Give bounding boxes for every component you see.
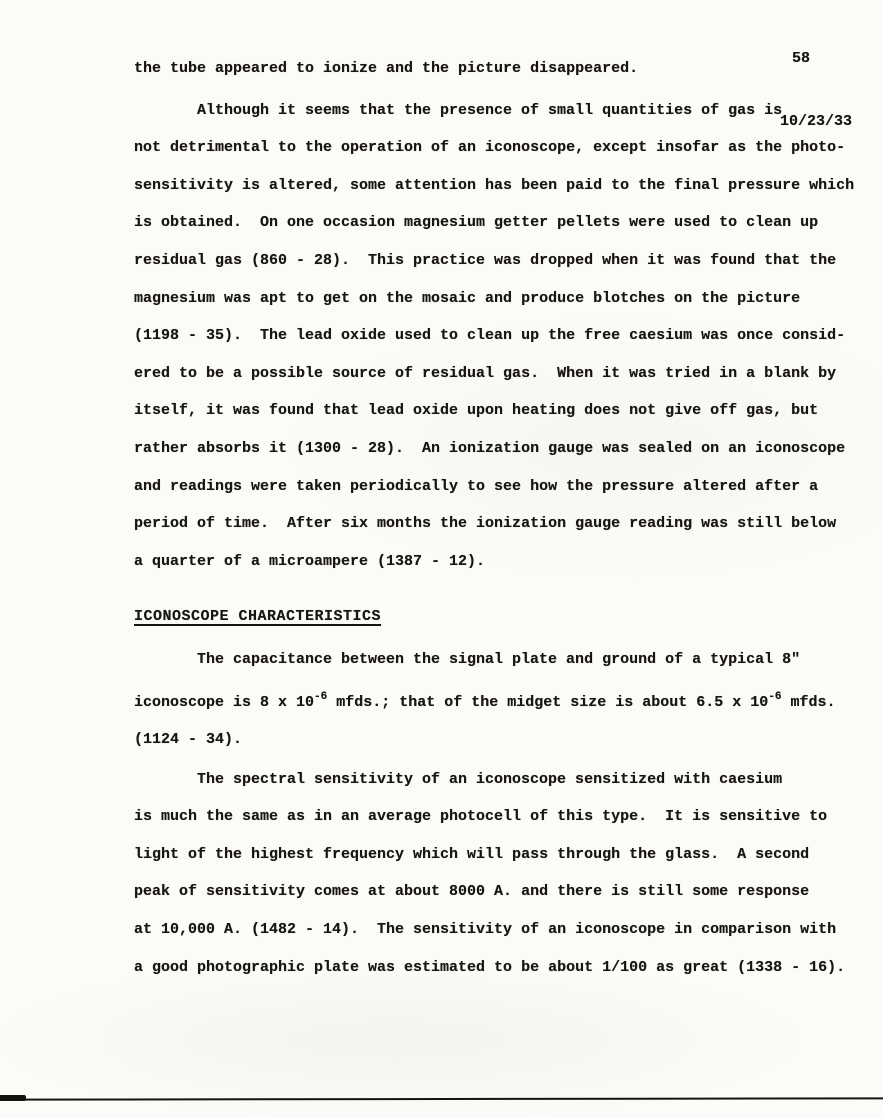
text-line: a good photographic plate was estimated … [134, 949, 880, 987]
text-line: residual gas (860 - 28). This practice w… [134, 242, 880, 280]
exponent: -6 [768, 691, 781, 703]
document-body: the tube appeared to ionize and the pict… [134, 50, 880, 986]
paragraph-capacitance: The capacitance between the signal plate… [134, 641, 880, 759]
scanned-document-page: 58 10/23/33 the tube appeared to ionize … [0, 0, 883, 1118]
text-line: Although it seems that the presence of s… [134, 92, 880, 130]
text-line: magnesium was apt to get on the mosaic a… [134, 280, 880, 318]
text-line: sensitivity is altered, some attention h… [134, 167, 880, 205]
section-heading-iconoscope-characteristics: ICONOSCOPE CHARACTERISTICS [134, 598, 880, 636]
text-line: at 10,000 A. (1482 - 14). The sensitivit… [134, 911, 880, 949]
text-line-with-exponents: iconoscope is 8 x 10-6 mfds.; that of th… [134, 679, 880, 722]
scan-artifact-horizontal-line [0, 1097, 883, 1100]
text-segment: iconoscope is 8 x 10 [134, 694, 314, 711]
text-line: peak of sensitivity comes at about 8000 … [134, 873, 880, 911]
scan-artifact-line-tip [0, 1095, 26, 1101]
text-line: itself, it was found that lead oxide upo… [134, 392, 880, 430]
paragraph-spectral-sensitivity: The spectral sensitivity of an iconoscop… [134, 761, 880, 987]
text-line: period of time. After six months the ion… [134, 505, 880, 543]
text-line: The capacitance between the signal plate… [134, 641, 880, 679]
text-line: light of the highest frequency which wil… [134, 836, 880, 874]
text-line: is obtained. On one occasion magnesium g… [134, 204, 880, 242]
text-line: a quarter of a microampere (1387 - 12). [134, 543, 880, 581]
exponent: -6 [314, 691, 327, 703]
text-segment: mfds.; that of the midget size is about … [327, 694, 768, 711]
text-line: and readings were taken periodically to … [134, 468, 880, 506]
text-line: the tube appeared to ionize and the pict… [134, 50, 880, 88]
text-line: (1124 - 34). [134, 721, 880, 759]
text-line: The spectral sensitivity of an iconoscop… [134, 761, 880, 799]
text-segment: mfds. [782, 694, 836, 711]
text-line: is much the same as in an average photoc… [134, 798, 880, 836]
text-line: rather absorbs it (1300 - 28). An ioniza… [134, 430, 880, 468]
text-line: ered to be a possible source of residual… [134, 355, 880, 393]
text-line: (1198 - 35). The lead oxide used to clea… [134, 317, 880, 355]
text-line: not detrimental to the operation of an i… [134, 129, 880, 167]
paragraph-gas-pressure: Although it seems that the presence of s… [134, 92, 880, 581]
